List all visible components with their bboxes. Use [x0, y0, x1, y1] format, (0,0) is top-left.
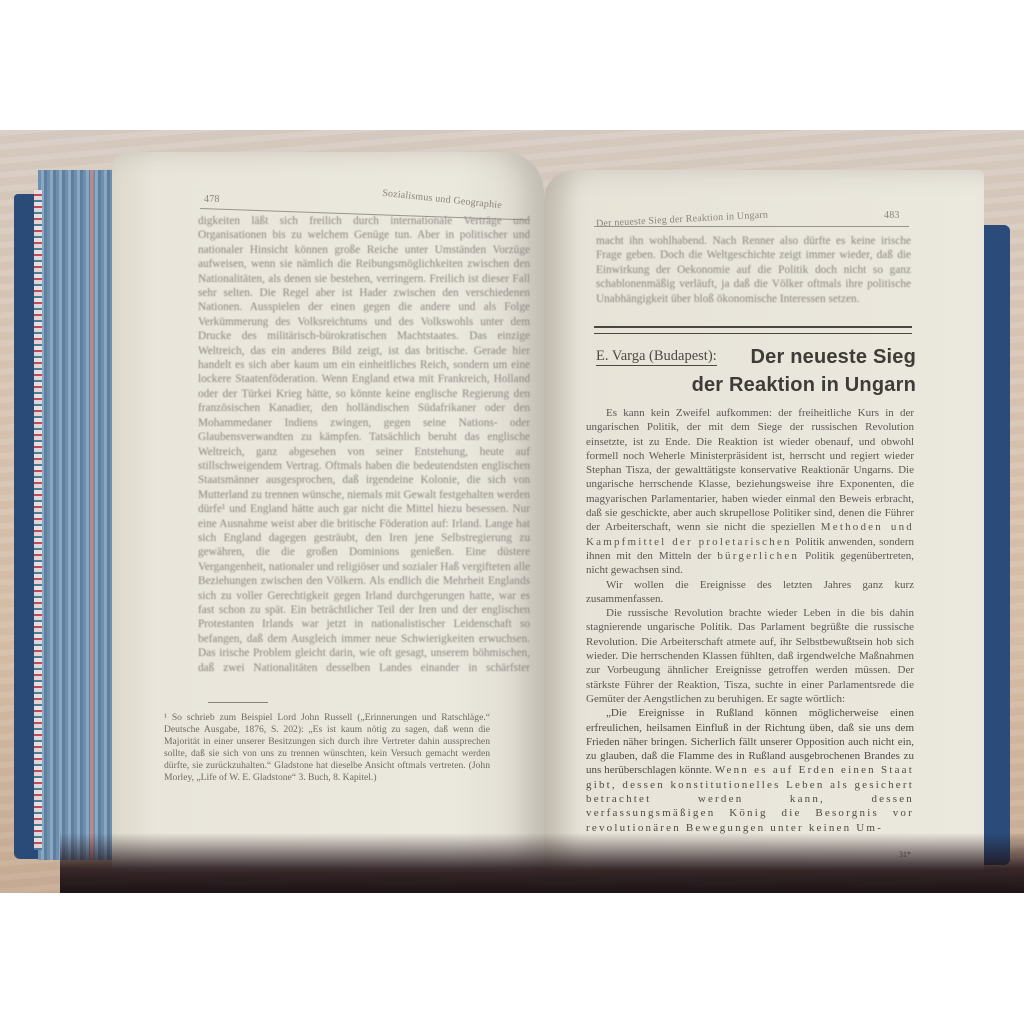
page-edges-left: [38, 170, 118, 860]
paragraph: digkeiten läßt sich freilich durch inter…: [198, 214, 530, 674]
page-number: 478: [204, 194, 220, 205]
running-head: Sozialismus und Geographie: [382, 188, 503, 212]
right-page: Der neueste Sieg der Reaktion in Ungarn …: [544, 170, 984, 870]
header-rule: [594, 226, 909, 227]
footnote-rule: [208, 702, 268, 703]
article-title-line-2: der Reaktion in Ungarn: [644, 372, 916, 398]
article-author: E. Varga (Budapest):: [596, 348, 717, 366]
marbled-edge-left: [34, 190, 42, 850]
body-text: digkeiten läßt sich freilich durch inter…: [198, 214, 530, 674]
paragraph: Wir wollen die Ereignisse des letzten Ja…: [586, 578, 914, 607]
left-page: 478 Sozialismus und Geographie digkeiten…: [112, 152, 544, 872]
paragraph-text: Es kann kein Zweifel aufkommen: der frei…: [586, 407, 914, 533]
footnote: ¹ So schrieb zum Beispiel Lord John Russ…: [164, 712, 490, 784]
article-title-line-1: Der neueste Sieg: [744, 344, 916, 370]
top-paragraph: macht ihn wohlhabend. Nach Renner also d…: [596, 234, 911, 306]
paragraph: macht ihn wohlhabend. Nach Renner also d…: [596, 234, 911, 306]
emphasis-text: bürgerlichen: [717, 550, 799, 562]
article-body: Es kann kein Zweifel aufkommen: der frei…: [586, 406, 914, 835]
section-divider: [594, 326, 912, 334]
book-photo: 478 Sozialismus und Geographie digkeiten…: [0, 130, 1024, 893]
book-shadow: [60, 833, 1024, 893]
page-number: 483: [884, 210, 900, 221]
paragraph: Die russische Revolution brachte wieder …: [586, 606, 914, 706]
